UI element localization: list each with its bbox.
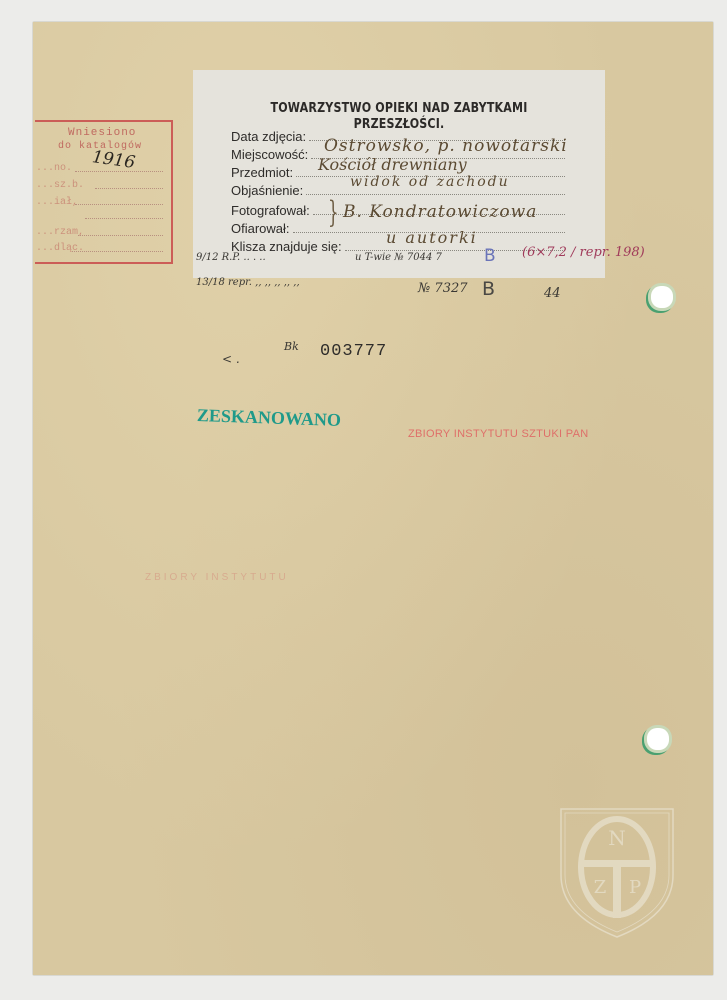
brace: } — [328, 195, 339, 230]
annotation-line2-left: 13/18 repr. ,, ,, ,, ,, ,, — [196, 277, 300, 288]
annotation-line2-letter: B — [482, 278, 495, 300]
field-label: Data zdjęcia: — [231, 129, 306, 144]
annotation-line1-left: 9/12 R.P. .. . .. — [196, 252, 266, 263]
emblem-letter: Z — [594, 877, 607, 898]
catalog-stamp-row: ...iał, — [36, 197, 78, 208]
annotation-letter-b: B — [484, 246, 496, 266]
field-label: Miejscowość: — [231, 147, 308, 162]
catalog-stamp-line1: Wniesiono — [68, 127, 136, 139]
inventory-number: 003777 — [320, 342, 387, 361]
field-label: Ofiarował: — [231, 221, 290, 236]
subject-value: Kościół drewniany — [318, 155, 467, 174]
page-number: 44 — [544, 286, 561, 301]
locality-value: Ostrowsko, p. nowotarski — [324, 136, 568, 156]
catalog-stamp-row: ...no. — [36, 163, 72, 174]
photographer-value: B. Kondratowiczowa — [343, 202, 537, 222]
inventory-prefix: Bk — [284, 340, 299, 353]
punch-hole — [651, 286, 673, 308]
inventory-mark: < . — [222, 352, 240, 366]
catalog-stamp-row: ...rzam, — [36, 227, 84, 238]
punch-hole — [647, 728, 669, 750]
field-label: Przedmiot: — [231, 165, 293, 180]
society-emblem-icon: N Z P — [557, 805, 677, 940]
annotation-line2-number: № 7327 — [418, 281, 468, 296]
annotation-line1-mid: u T-wie № 7044 7 — [355, 252, 442, 263]
emblem-letter: P — [629, 877, 641, 898]
catalog-stamp-row: ...sz.b. — [36, 180, 84, 191]
field-label: Objaśnienie: — [231, 183, 303, 198]
annotation-repro: (6×7,2 / repr. 198) — [522, 245, 645, 260]
catalog-stamp-row: ...dląc. — [36, 243, 84, 254]
faded-stamp: ZBIORY INSTYTUTU — [145, 572, 289, 583]
field-label: Fotografował: — [231, 203, 310, 218]
emblem-letter: N — [608, 826, 626, 850]
description-value: widok od zachodu — [350, 174, 510, 190]
negative-location-value: u autorki — [386, 228, 478, 247]
collection-stamp: ZBIORY INSTYTUTU SZTUKI PAN — [408, 428, 588, 440]
